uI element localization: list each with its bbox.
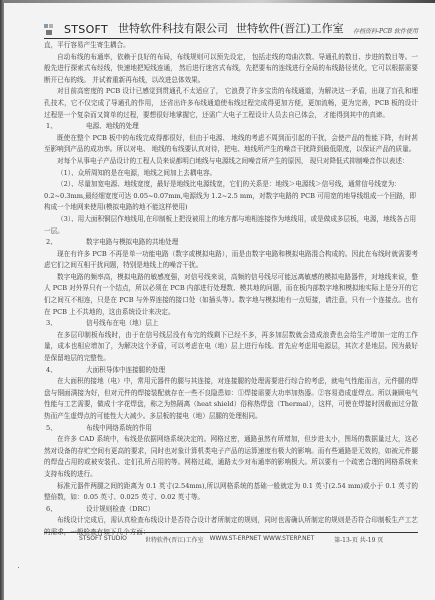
header-company: 世特软件科技有限公司 xyxy=(118,20,228,36)
section-heading-6: 6、 设计规则检查（DRC） xyxy=(44,504,418,516)
section-number: 4、 xyxy=(44,365,86,377)
section-number: 5、 xyxy=(44,423,86,435)
paragraph: 对每个从事电子产品设计的工程人员来说都明白地线与电源线之间噪音所产生的原因， 现… xyxy=(44,156,418,168)
paragraph: 标准元器件两腿之间的距离为 0.1 英寸(2.54mm),所以网格系统的基础一般… xyxy=(44,481,418,504)
section-heading-5: 5、 布线中网络系统的作用 xyxy=(44,423,418,435)
list-item: （1）、众所周知的是在电源，地线之间加上去耦电容。 xyxy=(44,168,418,180)
paragraph: 对目前高密度的 PCB 设计已感觉到贯通孔不太适应了， 它浪费了许多宝贵的布线通… xyxy=(44,86,418,121)
header-studio: 世特软件(晋江)工作室 xyxy=(236,20,344,36)
page-header: STSOFT 世特软件科技有限公司 世特软件(晋江)工作室 存档资料-PCB 软… xyxy=(44,20,418,39)
section-title: 电源、地线的处理 xyxy=(86,121,139,133)
footer-company: 世特软件(晋江)工作室 xyxy=(145,535,204,544)
section-title: 布线中网络系统的作用 xyxy=(86,423,152,435)
paragraph: 数字电路的频率高，模拟电路的敏感度强，对信号线来说，高频的信号线尽可能远离敏感的… xyxy=(44,272,418,318)
section-heading-2: 2、 数字电路与模拟电路的共地处理 xyxy=(44,237,418,249)
footer-url: WWW.ST-ERPNET WWW.STERP.NET xyxy=(210,535,315,544)
footer-studio: STSOFT STUDIO xyxy=(79,535,127,544)
paragraph: 在多层印制板布线时，由于在信号线层没有布完的线剩下已经不多，再多加层数就会造成浪… xyxy=(44,330,418,365)
section-title: 大面积导体中连接腿的处理 xyxy=(86,365,165,377)
paragraph: 既使在整个 PCB 板中的布线完成得都很好，但由于电源、 地线的考虑不周到而引起… xyxy=(44,133,418,156)
page-number: 第-13-页 共-19 页 xyxy=(334,535,383,544)
section-number: 3、 xyxy=(44,318,86,330)
section-heading-1: 1、 电源、地线的处理 xyxy=(44,121,418,133)
section-heading-4: 4、 大面积导体中连接腿的处理 xyxy=(44,365,418,377)
document-body: 直，平行容易产生寄生耦合。 自动布线的布通率，依赖于良好的布局，布线规则可以预先… xyxy=(44,40,418,539)
section-number: 6、 xyxy=(44,504,86,516)
header-brand: STSOFT xyxy=(64,23,108,36)
page-footer: STSOFT STUDIO 世特软件(晋江)工作室 WWW.ST-ERPNET … xyxy=(44,532,418,544)
paragraph: 在许多 CAD 系统中，布线是依据网络系统决定的。网格过密，通路虽然有所增加，但… xyxy=(44,434,418,480)
paragraph: 现在有许多 PCB 不再是单一功能电路（数字或模拟电路），而是由数字电路和模拟电… xyxy=(44,249,418,272)
paragraph: 直，平行容易产生寄生耦合。 xyxy=(44,40,418,52)
company-logo-icon xyxy=(44,24,54,36)
paragraph: 自动布线的布通率，依赖于良好的布局，布线规则可以预先设定， 包括走线的弯曲次数、… xyxy=(44,52,418,87)
section-heading-3: 3、 信号线布在电（地）层上 xyxy=(44,318,418,330)
list-item: （2）、尽量加宽电源、地线宽度，最好是地线比电源线宽，它们的关系是：地线＞电源线… xyxy=(44,179,418,214)
section-title: 数字电路与模拟电路的共地处理 xyxy=(86,237,178,249)
section-number: 2、 xyxy=(44,237,86,249)
paragraph: 在大面积的接地（电）中，常用元器件的腿与其连接，对连接腿的处理需要进行综合的考虑… xyxy=(44,376,418,422)
section-title: 信号线布在电（地）层上 xyxy=(86,318,159,330)
section-title: 设计规则检查（DRC） xyxy=(86,504,154,516)
header-subtitle: 存档资料-PCB 软件使用 xyxy=(353,26,418,35)
scan-speck xyxy=(18,567,19,568)
list-item: （3）、用大面积铜层作地线用,在印制板上把没被用上的地方都与地相连接作为地线用，… xyxy=(44,214,418,237)
section-number: 1、 xyxy=(44,121,86,133)
